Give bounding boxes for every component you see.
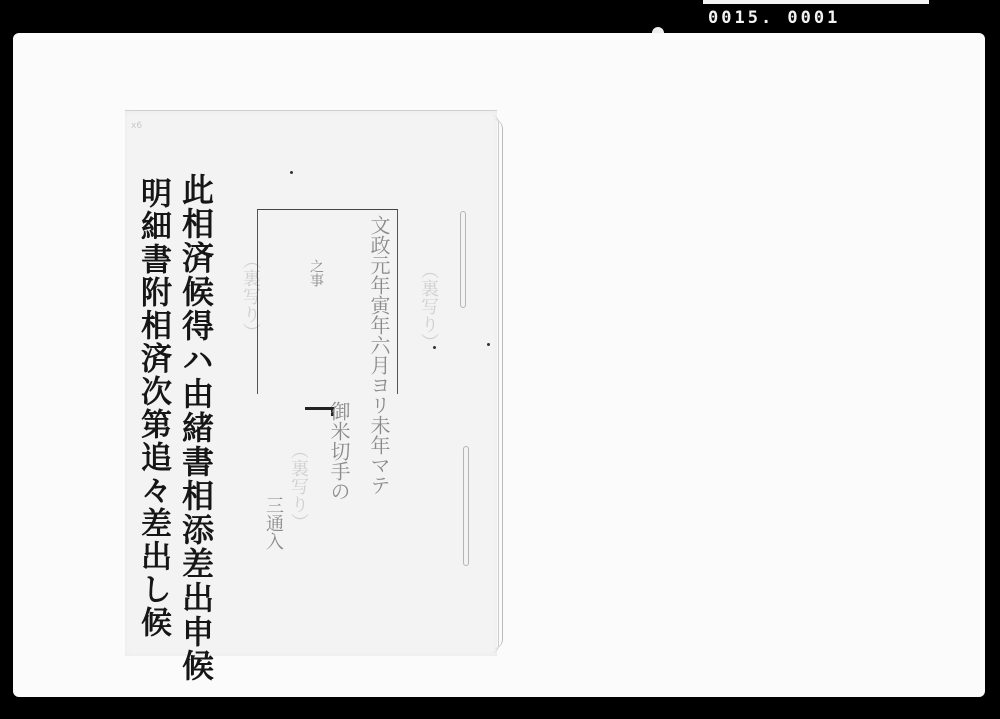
ink-speck: [433, 346, 436, 349]
title-heading-column: 文政元年寅年六月ヨリ未年マテ: [367, 215, 391, 495]
binding-mark: [460, 211, 466, 308]
count-note: 三通入: [262, 496, 284, 550]
corner-mark: x6: [131, 121, 142, 131]
show-through-text: （裏写り）: [415, 261, 441, 351]
handwritten-column: 此相済候得ハ由緒書相添差出申候: [178, 173, 214, 683]
handwritten-column: 明細書附相済次第追々差出し候: [135, 177, 171, 639]
ink-speck: [290, 171, 293, 174]
title-small-column: 之事: [307, 259, 325, 287]
film-top-strip: [703, 0, 929, 4]
ink-speck: [487, 343, 490, 346]
show-through-text: （裏写り）: [285, 441, 311, 531]
page-edge-inner: [490, 115, 499, 653]
manuscript-page: x6 （裏写り） （裏写り） （裏写り） 此相済候得ハ由緒書相添差出申候 明細書…: [125, 110, 497, 656]
film-frame-number: 0015. 0001: [708, 6, 840, 30]
title-sub-column: 御米切手の: [327, 401, 351, 501]
binding-mark: [463, 446, 469, 566]
